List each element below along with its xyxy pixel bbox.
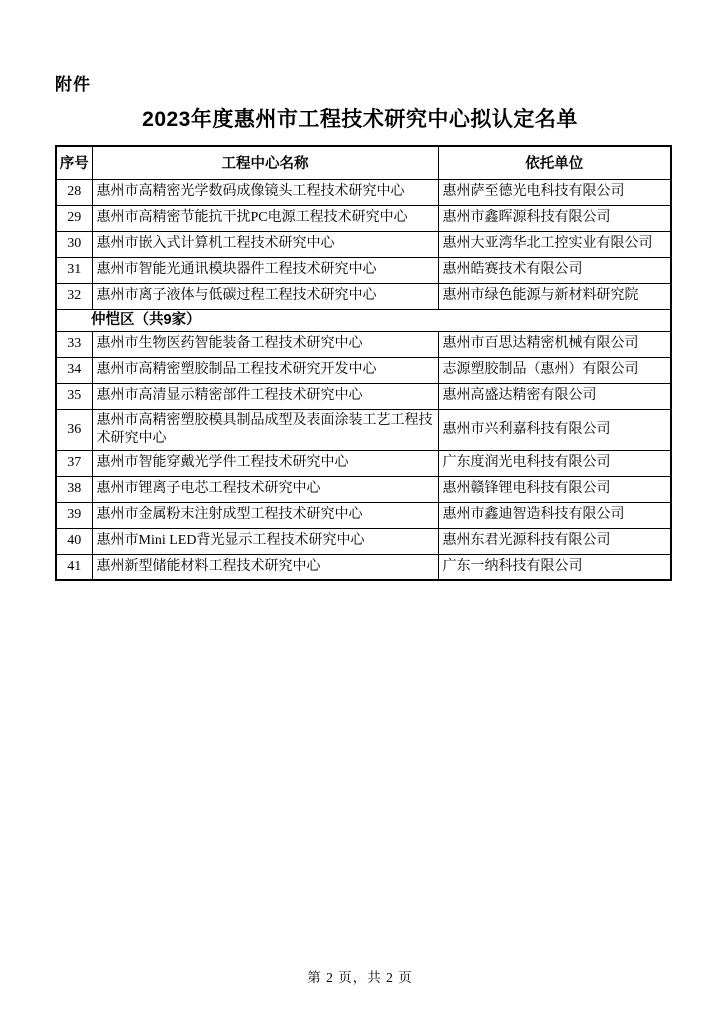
section-title: 仲恺区（共9家） [56, 309, 671, 331]
table-row: 29惠州市高精密节能抗干扰PC电源工程技术研究中心惠州市鑫晖源科技有限公司 [56, 205, 671, 231]
header-support-org: 依托单位 [438, 146, 671, 179]
row-number: 29 [56, 205, 92, 231]
support-org-cell: 惠州东君光源科技有限公司 [438, 528, 671, 554]
support-org-cell: 志源塑胶制品（惠州）有限公司 [438, 357, 671, 383]
page-number-footer: 第 2 页，共 2 页 [0, 966, 720, 986]
support-org-cell: 广东度润光电科技有限公司 [438, 450, 671, 476]
support-org-cell: 广东一纳科技有限公司 [438, 554, 671, 580]
row-number: 28 [56, 179, 92, 205]
support-org-cell: 惠州萨至德光电科技有限公司 [438, 179, 671, 205]
section-row: 仲恺区（共9家） [56, 309, 671, 331]
row-number: 36 [56, 409, 92, 450]
attachment-label: 附件 [55, 70, 91, 95]
center-name-cell: 惠州市离子液体与低碳过程工程技术研究中心 [92, 283, 438, 309]
center-name-cell: 惠州市金属粉末注射成型工程技术研究中心 [92, 502, 438, 528]
support-org-cell: 惠州大亚湾华北工控实业有限公司 [438, 231, 671, 257]
support-org-cell: 惠州高盛达精密有限公司 [438, 383, 671, 409]
row-number: 40 [56, 528, 92, 554]
support-org-cell: 惠州市鑫迪智造科技有限公司 [438, 502, 671, 528]
table-row: 30惠州市嵌入式计算机工程技术研究中心惠州大亚湾华北工控实业有限公司 [56, 231, 671, 257]
center-name-cell: 惠州新型储能材料工程技术研究中心 [92, 554, 438, 580]
row-number: 37 [56, 450, 92, 476]
table-row: 40惠州市Mini LED背光显示工程技术研究中心惠州东君光源科技有限公司 [56, 528, 671, 554]
row-number: 30 [56, 231, 92, 257]
center-name-cell: 惠州市生物医药智能装备工程技术研究中心 [92, 331, 438, 357]
support-org-cell: 惠州市鑫晖源科技有限公司 [438, 205, 671, 231]
row-number: 35 [56, 383, 92, 409]
row-number: 38 [56, 476, 92, 502]
support-org-cell: 惠州市绿色能源与新材料研究院 [438, 283, 671, 309]
center-name-cell: 惠州市智能穿戴光学件工程技术研究中心 [92, 450, 438, 476]
table-body: 28惠州市高精密光学数码成像镜头工程技术研究中心惠州萨至德光电科技有限公司29惠… [56, 179, 671, 580]
center-name-cell: 惠州市Mini LED背光显示工程技术研究中心 [92, 528, 438, 554]
row-number: 32 [56, 283, 92, 309]
table-row: 38惠州市锂离子电芯工程技术研究中心惠州赣锋锂电科技有限公司 [56, 476, 671, 502]
support-org-cell: 惠州市兴利嘉科技有限公司 [438, 409, 671, 450]
table-row: 39惠州市金属粉末注射成型工程技术研究中心惠州市鑫迪智造科技有限公司 [56, 502, 671, 528]
header-serial-number: 序号 [56, 146, 92, 179]
row-number: 33 [56, 331, 92, 357]
header-center-name: 工程中心名称 [92, 146, 438, 179]
support-org-cell: 惠州市百思达精密机械有限公司 [438, 331, 671, 357]
center-name-cell: 惠州市高精密节能抗干扰PC电源工程技术研究中心 [92, 205, 438, 231]
center-name-cell: 惠州市锂离子电芯工程技术研究中心 [92, 476, 438, 502]
center-name-cell: 惠州市智能光通讯模块器件工程技术研究中心 [92, 257, 438, 283]
center-name-cell: 惠州市高精密塑胶制品工程技术研究开发中心 [92, 357, 438, 383]
support-org-cell: 惠州皓赛技术有限公司 [438, 257, 671, 283]
table-row: 33惠州市生物医药智能装备工程技术研究中心惠州市百思达精密机械有限公司 [56, 331, 671, 357]
table-row: 34惠州市高精密塑胶制品工程技术研究开发中心志源塑胶制品（惠州）有限公司 [56, 357, 671, 383]
center-name-cell: 惠州市高精密塑胶模具制品成型及表面涂装工艺工程技术研究中心 [92, 409, 438, 450]
table-row: 31惠州市智能光通讯模块器件工程技术研究中心惠州皓赛技术有限公司 [56, 257, 671, 283]
table-row: 35惠州市高清显示精密部件工程技术研究中心惠州高盛达精密有限公司 [56, 383, 671, 409]
document-page: 附件 2023年度惠州市工程技术研究中心拟认定名单 序号 工程中心名称 依托单位… [0, 0, 720, 1018]
table-row: 37惠州市智能穿戴光学件工程技术研究中心广东度润光电科技有限公司 [56, 450, 671, 476]
page-title: 2023年度惠州市工程技术研究中心拟认定名单 [0, 103, 720, 133]
table-row: 28惠州市高精密光学数码成像镜头工程技术研究中心惠州萨至德光电科技有限公司 [56, 179, 671, 205]
row-number: 31 [56, 257, 92, 283]
table-row: 36惠州市高精密塑胶模具制品成型及表面涂装工艺工程技术研究中心惠州市兴利嘉科技有… [56, 409, 671, 450]
row-number: 34 [56, 357, 92, 383]
row-number: 41 [56, 554, 92, 580]
research-center-table: 序号 工程中心名称 依托单位 28惠州市高精密光学数码成像镜头工程技术研究中心惠… [55, 145, 672, 581]
support-org-cell: 惠州赣锋锂电科技有限公司 [438, 476, 671, 502]
center-name-cell: 惠州市高精密光学数码成像镜头工程技术研究中心 [92, 179, 438, 205]
center-name-cell: 惠州市嵌入式计算机工程技术研究中心 [92, 231, 438, 257]
row-number: 39 [56, 502, 92, 528]
header-row: 序号 工程中心名称 依托单位 [56, 146, 671, 179]
center-name-cell: 惠州市高清显示精密部件工程技术研究中心 [92, 383, 438, 409]
table-header: 序号 工程中心名称 依托单位 [56, 146, 671, 179]
table-row: 41惠州新型储能材料工程技术研究中心广东一纳科技有限公司 [56, 554, 671, 580]
table-row: 32惠州市离子液体与低碳过程工程技术研究中心惠州市绿色能源与新材料研究院 [56, 283, 671, 309]
